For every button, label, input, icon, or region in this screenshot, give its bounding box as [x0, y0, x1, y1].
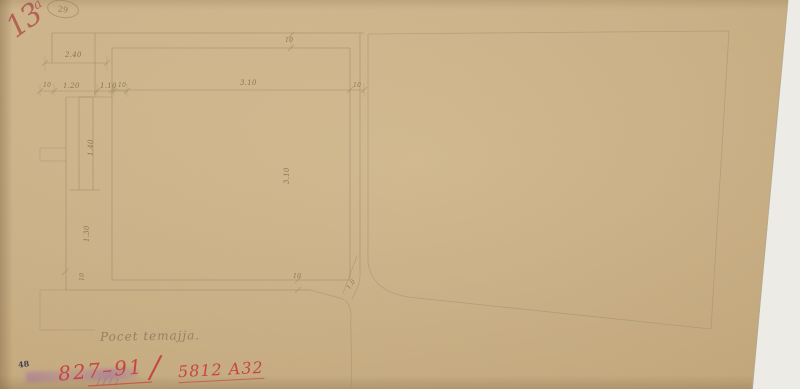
- red-ref-right: 91: [113, 354, 144, 380]
- red-reference-catalog: 5812 A32: [178, 358, 265, 383]
- dimension-ticks: [37, 32, 367, 293]
- dim-row2-left-wall: 10: [43, 82, 51, 89]
- dim-row2-left: 1.20: [63, 82, 80, 90]
- dim-top-width: 2.40: [65, 51, 82, 59]
- red-ref-left: 827: [57, 358, 103, 386]
- dim-left-lower: 1.30: [83, 225, 91, 242]
- dim-span-height: 3.10: [283, 167, 291, 184]
- pencil-circled-value: 29: [57, 4, 68, 14]
- ink-mark: 48: [17, 358, 29, 369]
- handwritten-note: Pocet temajja.: [100, 328, 200, 344]
- paper-edge-line: [752, 0, 788, 389]
- extension-lines: [40, 35, 364, 97]
- dim-span-width: 3.10: [240, 79, 257, 87]
- left-edge-steps: [40, 97, 112, 330]
- dim-bottom-wall: 10: [293, 273, 301, 280]
- red-reference-slash: /: [150, 350, 160, 385]
- dim-top-wall-thickness: 10: [285, 37, 293, 44]
- junction-curves: [310, 256, 360, 389]
- left-room-walls: [52, 33, 364, 290]
- dim-left-upper: 1.40: [87, 139, 95, 156]
- right-structure: [368, 31, 729, 329]
- dim-span-right-wall: 10: [353, 82, 361, 89]
- dim-bottom-left-wall: 10: [79, 273, 86, 281]
- scanned-drawing-sheet: 13a 29 2.40 10 1.20 1.10 10 10 3.10 10 3…: [0, 0, 800, 389]
- dimension-lines: [40, 63, 364, 91]
- dim-row2-right-wall: 10: [118, 82, 126, 89]
- dim-row2-right: 1.10: [100, 82, 117, 90]
